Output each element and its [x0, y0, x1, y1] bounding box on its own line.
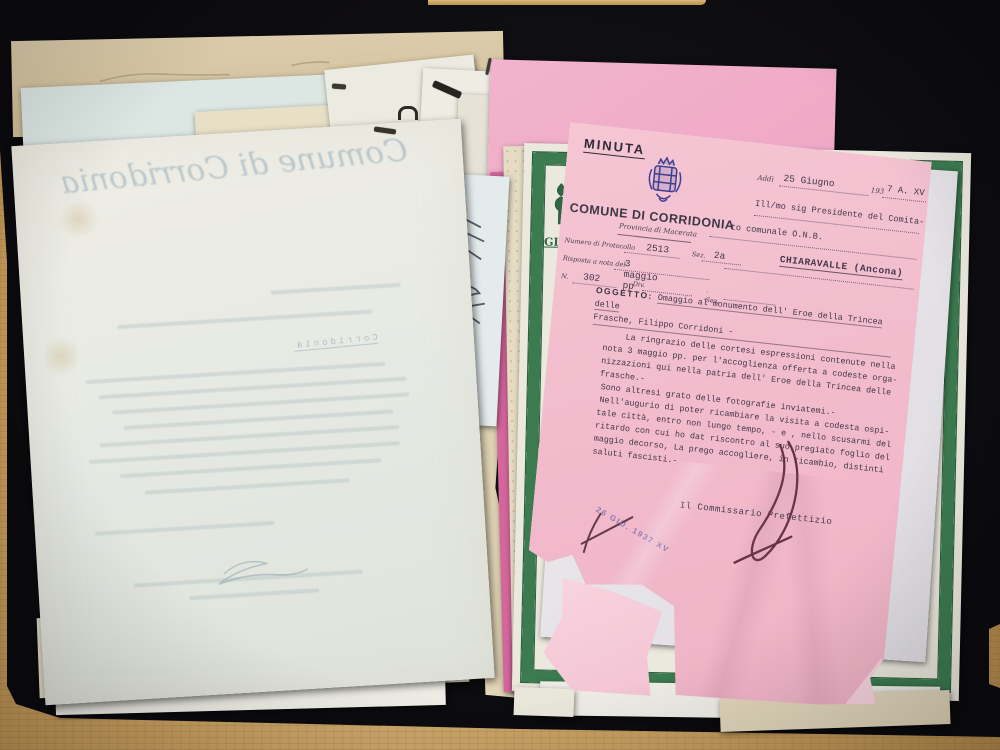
protocol-label: Numero di Protocollo	[564, 236, 635, 252]
bottom-sheet	[514, 687, 575, 717]
certificate-partial-text: GI	[544, 235, 559, 248]
signature-flourish	[716, 429, 824, 579]
paperclip	[332, 84, 346, 90]
bleedthrough-signature	[217, 547, 350, 609]
sez-value: 2a	[713, 250, 725, 262]
bleedthrough-letterhead: Comune di Corridonia	[42, 130, 426, 202]
archive-photo: GI Comune di Corridonia Corridonia	[0, 0, 1000, 750]
table-edge-sliver	[428, 0, 706, 5]
bleedthrough-word: Corridonia	[294, 333, 379, 352]
sez-label: Sez.	[692, 250, 706, 259]
minuta-tag: MINUTA	[583, 136, 646, 160]
year-value: 7 A. XV	[887, 184, 926, 198]
year-printed: 193	[870, 186, 884, 195]
municipal-crest-icon	[642, 153, 687, 211]
n-label: N.	[561, 272, 569, 281]
date-label: Addì	[757, 174, 774, 184]
recipient-line1: Ill/mo sig Presidente del Comita-	[755, 199, 925, 228]
n-value: 302	[583, 271, 601, 284]
reply-label: Risposta a nota del	[563, 254, 626, 269]
reversed-letter-sheet: Comune di Corridonia Corridonia	[11, 119, 494, 705]
paperclip	[398, 106, 418, 120]
